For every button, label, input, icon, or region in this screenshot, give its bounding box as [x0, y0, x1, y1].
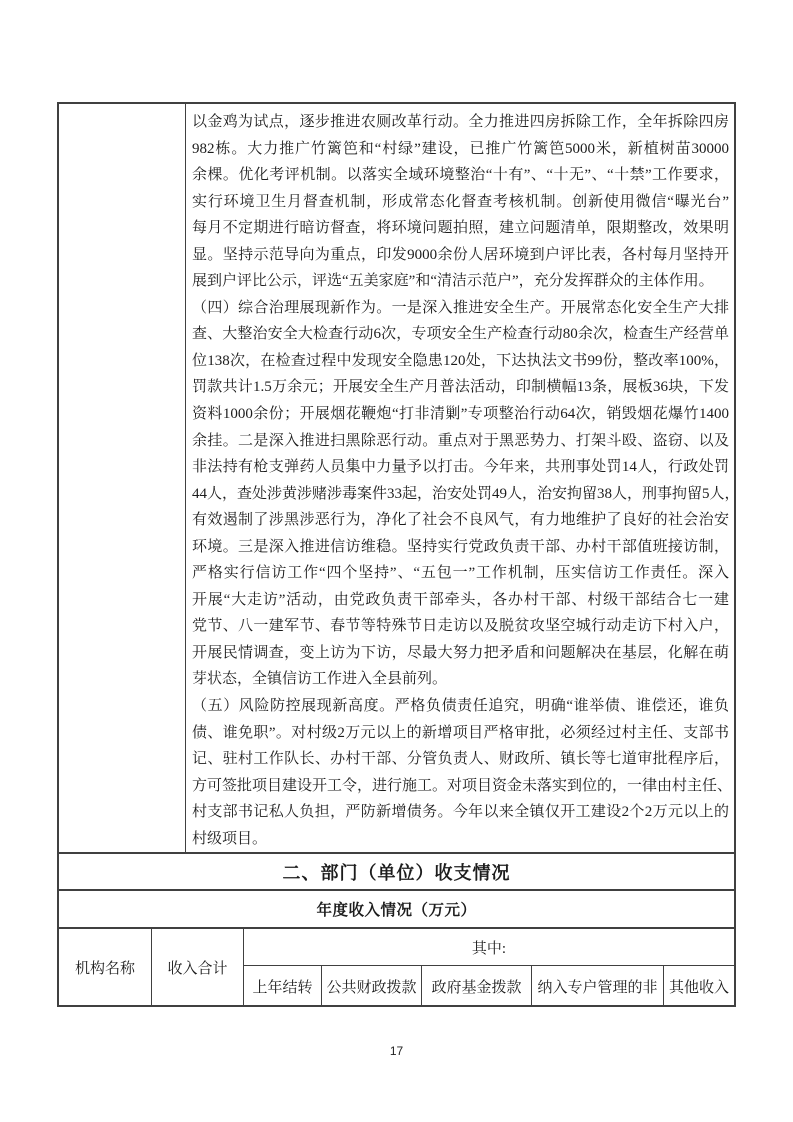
header-cell-org-name: 机构名称	[59, 929, 151, 1006]
report-text-line: 余挂。二是深入推进扫黑除恶行动。重点对于黑恶势力、打架斗殴、盗窃、以及	[192, 428, 729, 455]
report-text-line: 余棵。优化考评机制。以落实全域环境整治“十有”、“十无”、“十禁”工作要求，	[192, 162, 729, 189]
page-number: 17	[0, 1044, 793, 1058]
report-text-line: 以金鸡为试点，逐步推进农厕改革行动。全力推进四房拆除工作，全年拆除四房	[192, 109, 729, 136]
report-text-line: 记、驻村工作队长、办村干部、分管负责人、财政所、镇长等七道审批程序后，	[192, 746, 729, 773]
report-text-line: 资料1000余份；开展烟花鞭炮“打非清剿”专项整治行动64次，销毁烟花爆竹140…	[192, 401, 729, 428]
report-text-line: 开展“大走访”活动，由党政负责干部牵头，各办村干部、村级干部结合七一建	[192, 587, 729, 614]
section-title-row: 二、部门（单位）收支情况	[59, 854, 734, 891]
report-text-line: 查、大整治安全大检查行动6次，专项安全生产检查行动80余次，检查生产经营单	[192, 321, 729, 348]
header-cell-income-total: 收入合计	[151, 929, 243, 1006]
report-text-line: 非法持有枪支弹药人员集中力量予以打击。今年来，共刑事处罚14人，行政处罚	[192, 454, 729, 481]
report-table: 以金鸡为试点，逐步推进农厕改革行动。全力推进四房拆除工作，全年拆除四房982栋。…	[57, 102, 736, 1007]
report-text-cell: 以金鸡为试点，逐步推进农厕改革行动。全力推进四房拆除工作，全年拆除四房982栋。…	[186, 104, 734, 852]
section-title: 二、部门（单位）收支情况	[283, 859, 511, 885]
header-cell-among: 其中:	[243, 929, 734, 966]
report-text-line: 开展民情调查，变上访为下访，尽最大努力把矛盾和问题解决在基层，化解在萌	[192, 640, 729, 667]
report-text-line: 村支部书记私人负担，严防新增债务。今年以来全镇仅开工建设2个2万元以上的	[192, 799, 729, 826]
report-text-line: 982栋。大力推广竹篱笆和“村绿”建设，已推广竹篱笆5000米，新植树苗3000…	[192, 136, 729, 163]
report-text-row: 以金鸡为试点，逐步推进农厕改革行动。全力推进四房拆除工作，全年拆除四房982栋。…	[59, 104, 734, 854]
report-text-line: 环境。三是深入推进信访维稳。坚持实行党政负责干部、办村干部值班接访制，	[192, 534, 729, 561]
report-text-line: 村级项目。	[192, 826, 729, 852]
report-text-line: 显。坚持示范导向为重点，印发9000余份人居环境到户评比表，各村每月坚持开	[192, 242, 729, 269]
report-text-line: 展到户评比公示，评选“五美家庭”和“清洁示范户”，充分发挥群众的主体作用。	[192, 268, 729, 295]
header-cell-gov-fund: 政府基金拨款	[421, 966, 531, 1006]
report-text-line: 党节、八一建军节、春节等特殊节日走访以及脱贫攻坚空城行动走访下村入户，	[192, 613, 729, 640]
income-title-row: 年度收入情况（万元）	[59, 891, 734, 929]
left-empty-cell	[59, 104, 186, 852]
report-text-line: 严格实行信访工作“四个坚持”、“五包一”工作机制，压实信访工作责任。深入	[192, 560, 729, 587]
report-text-line: 每月不定期进行暗访督查，将环境问题拍照，建立问题清单，限期整改，效果明	[192, 215, 729, 242]
document-page: 以金鸡为试点，逐步推进农厕改革行动。全力推进四房拆除工作，全年拆除四房982栋。…	[0, 0, 793, 1122]
report-text-line: 芽状态，全镇信访工作进入全县前列。	[192, 666, 729, 693]
report-text-line: （四）综合治理展现新作为。一是深入推进安全生产。开展常态化安全生产大排	[192, 295, 729, 322]
report-text-line: 债、谁免职”。对村级2万元以上的新增项目严格审批，必须经过村主任、支部书	[192, 720, 729, 747]
report-text-line: 位138次，在检查过程中发现安全隐患120处，下达执法文书99份，整改率100%…	[192, 348, 729, 375]
header-cell-special-account: 纳入专户管理的非	[531, 966, 663, 1006]
income-table-title: 年度收入情况（万元）	[316, 898, 476, 920]
header-cell-carryover: 上年结转	[243, 966, 321, 1006]
income-table-header: 机构名称 收入合计 其中: 上年结转 公共财政拨款 政府基金拨款 纳入专户管理的…	[59, 929, 734, 1006]
header-cell-other-income: 其他收入	[663, 966, 734, 1006]
report-text-line: 实行环境卫生月督查机制，形成常态化督查考核机制。创新使用微信“曝光台”	[192, 189, 729, 216]
report-text-line: 方可签批项目建设开工令，进行施工。对项目资金未落实到位的，一律由村主任、	[192, 773, 729, 800]
report-text-line: （五）风险防控展现新高度。严格负债责任追究，明确“谁举债、谁偿还，谁负	[192, 693, 729, 720]
report-text-line: 44人，查处涉黄涉赌涉毒案件33起，治安处罚49人，治安拘留38人，刑事拘留5人…	[192, 481, 729, 508]
header-cell-public-finance: 公共财政拨款	[321, 966, 421, 1006]
report-text-line: 有效遏制了涉黑涉恶行为，净化了社会不良风气，有力地维护了良好的社会治安	[192, 507, 729, 534]
report-text-line: 罚款共计1.5万余元；开展安全生产月普法活动，印制横幅13条，展板36块，下发	[192, 374, 729, 401]
